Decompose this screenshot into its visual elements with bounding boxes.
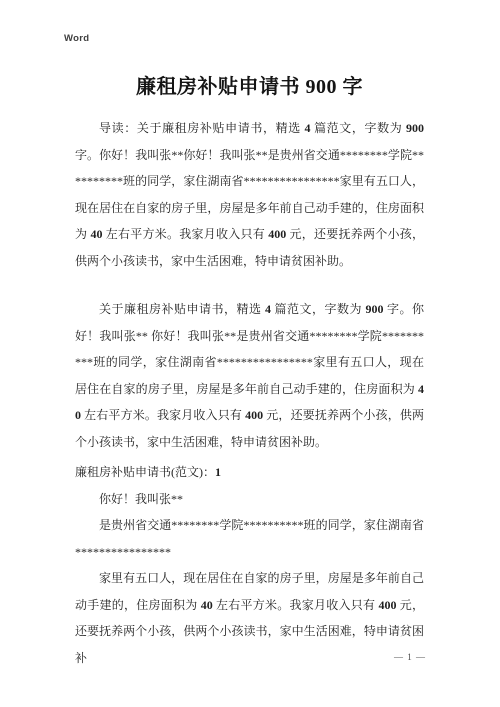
family-paragraph: 家里有五口人，现在居住在自家的房子里，房屋是多年前自己动手建的，住房面积为 40… [75,565,424,671]
body-paragraph: 关于廉租房补贴申请书，精选 4 篇范文，字数为 900 字。你好！我叫张** 你… [75,296,424,455]
word-watermark-label: Word [64,33,89,44]
document-title: 廉租房补贴申请书 900 字 [75,72,424,102]
lead-paragraph: 导读：关于廉租房补贴申请书，精选 4 篇范文，字数为 900 字。你好！我叫张*… [75,115,424,274]
school-line: 是贵州省交通********学院**********班的同学，家住湖南省****… [75,512,424,565]
page-number: — 1 — [394,652,426,662]
greeting-line: 你好！我叫张** [75,486,424,513]
document-page: Word 廉租房补贴申请书 900 字 导读：关于廉租房补贴申请书，精选 4 篇… [0,0,500,707]
sample-heading: 廉租房补贴申请书(范文)：1 [75,459,424,486]
